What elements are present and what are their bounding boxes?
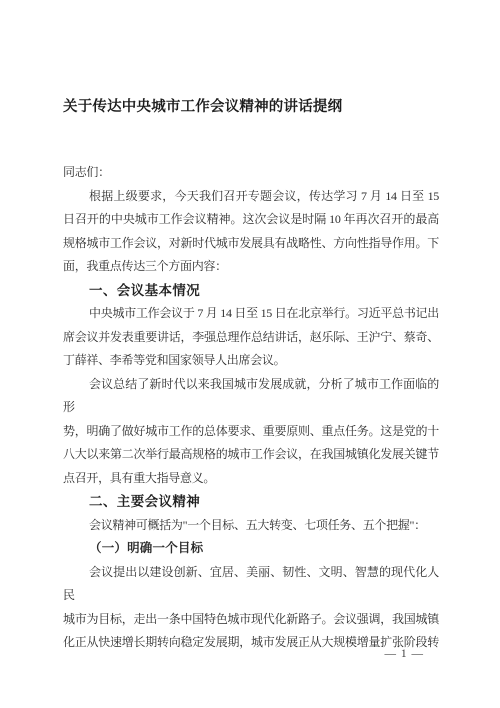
section-heading: （一）明确一个目标 bbox=[63, 537, 439, 561]
paragraph: 中央城市工作会议于 7 月 14 日至 15 日在北京举行。习近平总书记出席会议… bbox=[63, 302, 439, 373]
paragraph: 根据上级要求，今天我们召开专题会议，传达学习 7 月 14 日至 15日召开的中… bbox=[63, 185, 439, 279]
salutation-line: 同志们： bbox=[63, 161, 439, 185]
text-line: 八大以来第二次举行最高规格的城市工作会议，在我国城镇化发展关键节 bbox=[63, 443, 439, 467]
text-line: 点召开，具有重大指导意义。 bbox=[63, 467, 439, 491]
text-line: 城市为目标，走出一条中国特色城市现代化新路子。会议强调，我国城镇 bbox=[63, 608, 439, 632]
page-number: — 1 — bbox=[385, 648, 425, 660]
text-line: 丁薛祥、李希等党和国家领导人出席会议。 bbox=[63, 349, 439, 373]
document-content: 关于传达中央城市工作会议精神的讲话提纲 同志们：根据上级要求，今天我们召开专题会… bbox=[63, 97, 439, 655]
document-body: 同志们：根据上级要求，今天我们召开专题会议，传达学习 7 月 14 日至 15日… bbox=[63, 161, 439, 655]
text-line: 会议总结了新时代以来我国城市发展成就，分析了城市工作面临的形 bbox=[63, 373, 439, 420]
section-heading: 一、会议基本情况 bbox=[63, 279, 439, 303]
document-title: 关于传达中央城市工作会议精神的讲话提纲 bbox=[63, 97, 439, 117]
section-heading: 二、主要会议精神 bbox=[63, 490, 439, 514]
paragraph: 会议提出以建设创新、宜居、美丽、韧性、文明、智慧的现代化人民城市为目标，走出一条… bbox=[63, 561, 439, 655]
paragraph: 会议总结了新时代以来我国城市发展成就，分析了城市工作面临的形势，明确了做好城市工… bbox=[63, 373, 439, 491]
text-line: 日召开的中央城市工作会议精神。这次会议是时隔 10 年再次召开的最高 bbox=[63, 208, 439, 232]
text-line: 席会议并发表重要讲话，李强总理作总结讲话，赵乐际、王沪宁、蔡奇、 bbox=[63, 326, 439, 350]
text-line: 中央城市工作会议于 7 月 14 日至 15 日在北京举行。习近平总书记出 bbox=[63, 302, 439, 326]
text-line: 会议精神可概括为"一个目标、五大转变、七项任务、五个把握"： bbox=[63, 514, 439, 538]
text-line: 势，明确了做好城市工作的总体要求、重要原则、重点任务。这是党的十 bbox=[63, 420, 439, 444]
text-line: 会议提出以建设创新、宜居、美丽、韧性、文明、智慧的现代化人民 bbox=[63, 561, 439, 608]
document-page: 关于传达中央城市工作会议精神的讲话提纲 同志们：根据上级要求，今天我们召开专题会… bbox=[0, 0, 500, 708]
text-line: 规格城市工作会议，对新时代城市发展具有战略性、方向性指导作用。下 bbox=[63, 232, 439, 256]
text-line: 化正从快速增长期转向稳定发展期，城市发展正从大规模增量扩张阶段转 bbox=[63, 631, 439, 655]
paragraph: 会议精神可概括为"一个目标、五大转变、七项任务、五个把握"： bbox=[63, 514, 439, 538]
text-line: 面，我重点传达三个方面内容： bbox=[63, 255, 439, 279]
text-line: 根据上级要求，今天我们召开专题会议，传达学习 7 月 14 日至 15 bbox=[63, 185, 439, 209]
